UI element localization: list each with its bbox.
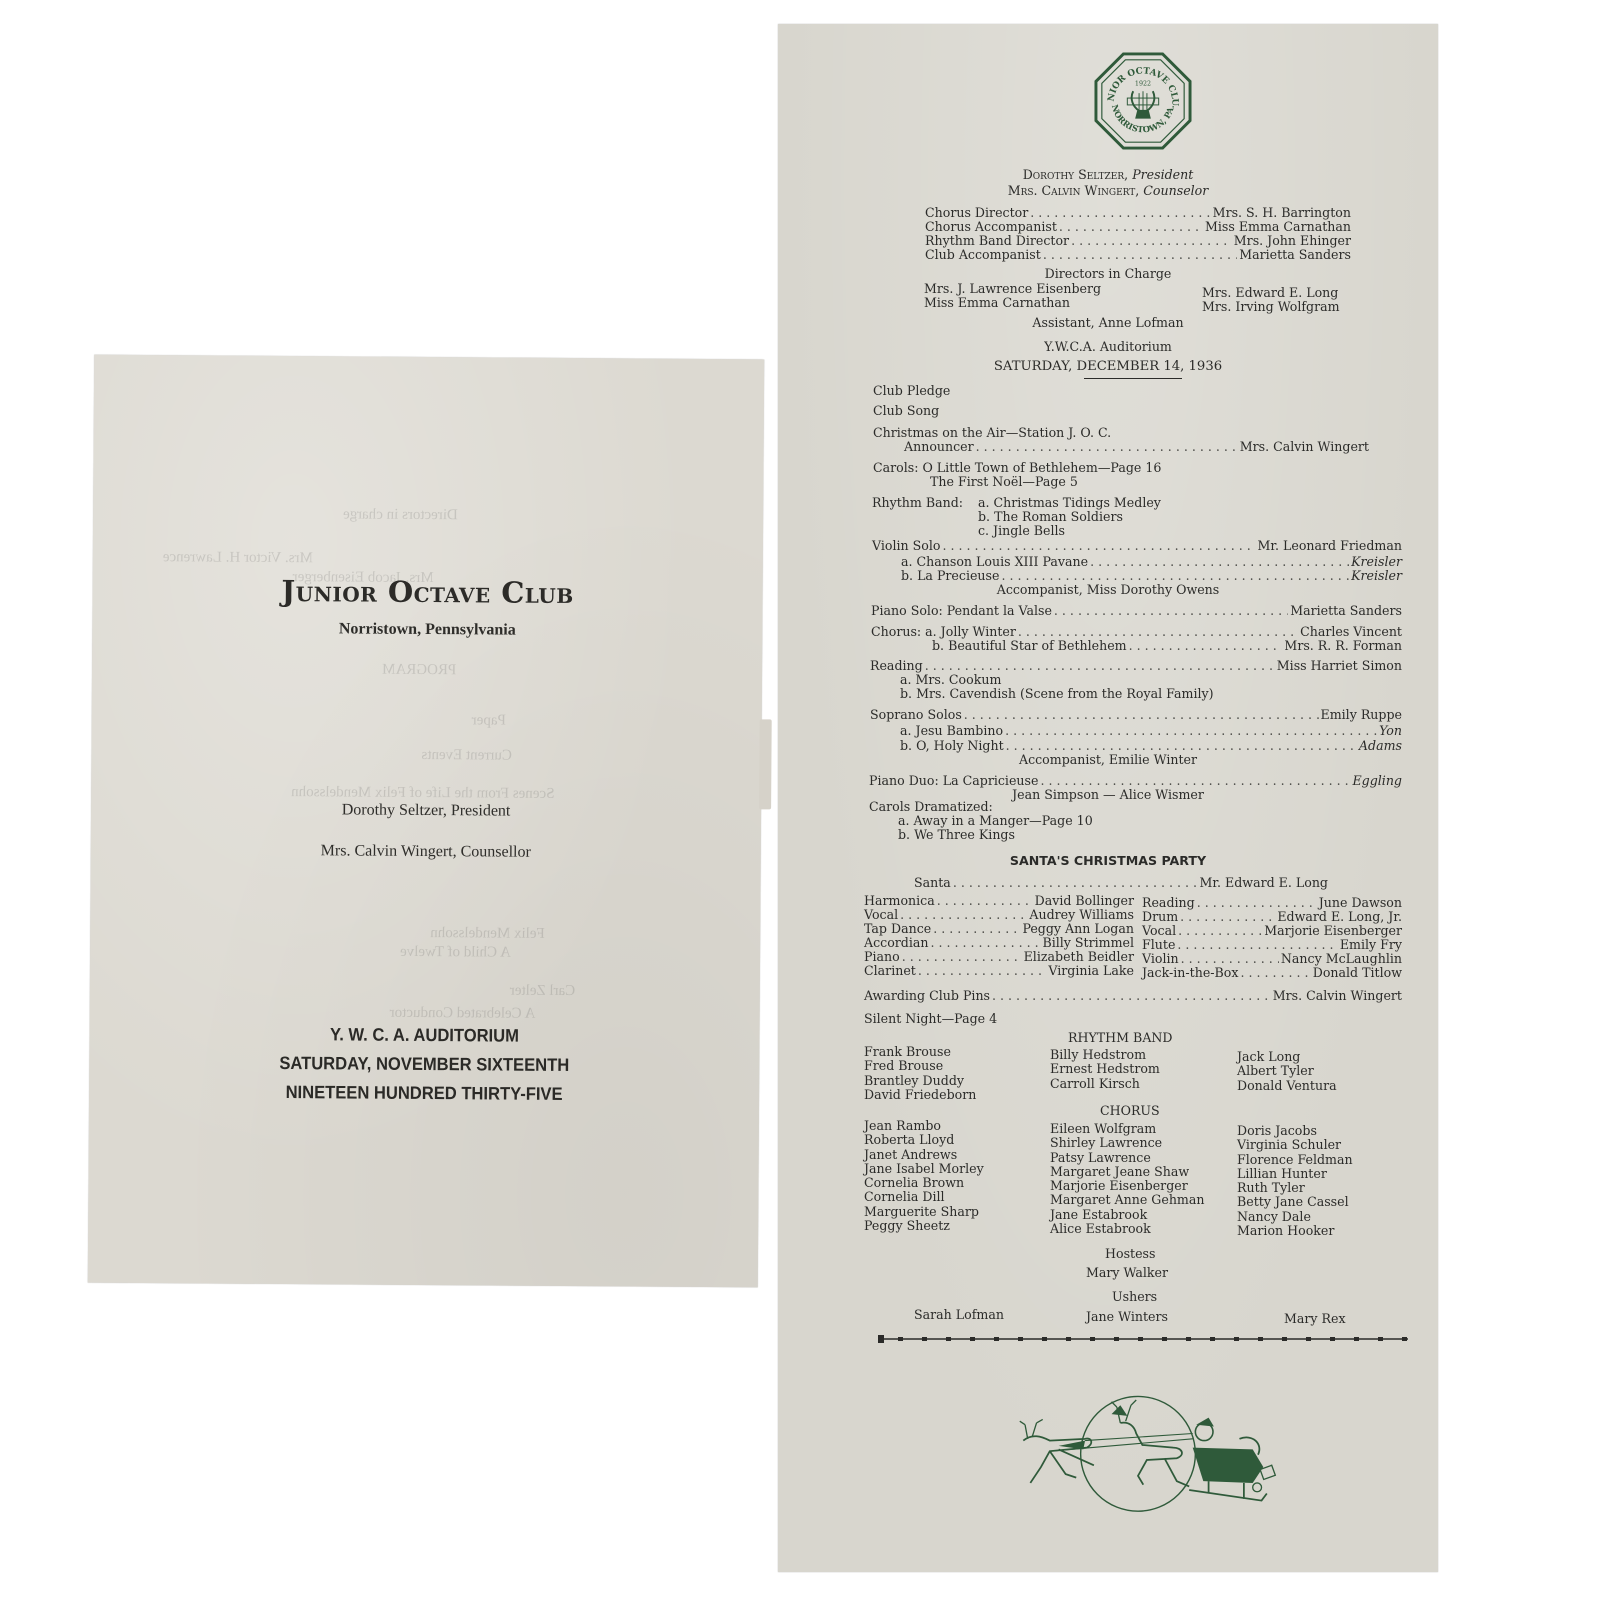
show-through-text: A Child of Twelve <box>400 944 511 962</box>
roster-name: Ernest Hedstrom <box>1050 1062 1160 1076</box>
roster-name: Cornelia Dill <box>864 1190 984 1204</box>
roster-name: Albert Tyler <box>1237 1064 1337 1078</box>
show-through-text: Scenes From the Life of Felix Mendelssoh… <box>291 784 554 803</box>
program-row: AnnouncerMrs. Calvin Wingert <box>904 440 1369 454</box>
program-item: c. Jingle Bells <box>978 524 1065 538</box>
program-row: Piano Solo: Pendant la ValseMarietta San… <box>871 604 1402 618</box>
program-row: ReadingMiss Harriet Simon <box>870 659 1402 673</box>
date-line: SATURDAY, NOVEMBER SIXTEENTH <box>116 1052 733 1077</box>
program-row: b. La PrecieuseKreisler <box>901 569 1402 583</box>
act-label: Vocal <box>864 908 898 922</box>
party-act-row: PianoElizabeth Beidler <box>864 950 1134 964</box>
act-label: Harmonica <box>864 894 935 908</box>
show-through-text: Paper <box>472 712 506 729</box>
usher-name: Sarah Lofman <box>914 1308 1004 1322</box>
roster-name: Patsy Lawrence <box>1050 1151 1205 1165</box>
roster-name: Ruth Tyler <box>1237 1181 1353 1195</box>
director-name: Mrs. J. Lawrence Eisenberg <box>924 282 1101 296</box>
counselor-line: Mrs. Calvin Wingert, Counselor <box>778 184 1438 198</box>
roster-name: Alice Estabrook <box>1050 1222 1205 1236</box>
performer-name: Peggy Ann Logan <box>1022 922 1134 936</box>
chorus-col-1: Jean RamboRoberta LloydJanet AndrewsJane… <box>864 1119 984 1233</box>
show-through-text: Carl Zelter <box>510 983 576 1000</box>
usher-name: Mary Rex <box>1284 1312 1346 1326</box>
club-title: Junior Octave Club <box>92 573 762 612</box>
party-act-row: ViolinNancy McLaughlin <box>1142 952 1402 966</box>
act-label: Reading <box>1142 896 1195 910</box>
roster-name: Margaret Anne Gehman <box>1050 1193 1205 1207</box>
program-item: Carols: O Little Town of Bethlehem—Page … <box>873 461 1161 475</box>
roster-name: Jane Estabrook <box>1050 1208 1205 1222</box>
roster-name: Marguerite Sharp <box>864 1205 984 1219</box>
roster-name: Marion Hooker <box>1237 1224 1353 1238</box>
chorus-col-3: Doris JacobsVirginia SchulerFlorence Fel… <box>1237 1124 1353 1238</box>
staff-row: Chorus AccompanistMiss Emma Carnathan <box>925 220 1351 234</box>
performer-name: Nancy McLaughlin <box>1281 952 1402 966</box>
staff-row: Chorus DirectorMrs. S. H. Barrington <box>925 206 1351 220</box>
program-row: Violin SoloMr. Leonard Friedman <box>872 539 1402 553</box>
party-row: Awarding Club PinsMrs. Calvin Wingert <box>864 989 1402 1003</box>
program-item: The First Noël—Page 5 <box>930 475 1078 489</box>
party-act-row: Tap DancePeggy Ann Logan <box>864 922 1134 936</box>
roster-name: Shirley Lawrence <box>1050 1136 1205 1150</box>
act-label: Flute <box>1142 938 1175 952</box>
roster-name: Virginia Schuler <box>1237 1138 1353 1152</box>
directors-heading: Directors in Charge <box>778 267 1438 281</box>
rhythm-band-col-3: Jack LongAlbert TylerDonald Ventura <box>1237 1050 1337 1093</box>
program-item: b. We Three Kings <box>898 828 1015 842</box>
performer-name: Virginia Lake <box>1048 964 1134 978</box>
roster-name: Nancy Dale <box>1237 1210 1353 1224</box>
program-row: Soprano SolosEmily Ruppe <box>870 708 1402 722</box>
ornamental-divider-icon <box>878 1334 1408 1344</box>
act-label: Violin <box>1142 952 1179 966</box>
performer-name: Donald Titlow <box>1313 966 1402 980</box>
roster-name: Eileen Wolfgram <box>1050 1122 1205 1136</box>
performer-name: Edward E. Long, Jr. <box>1277 910 1402 924</box>
venue-line: Y.W.C.A. Auditorium <box>778 340 1438 354</box>
program-item: Christmas on the Air—Station J. O. C. <box>873 426 1111 440</box>
party-act-row: DrumEdward E. Long, Jr. <box>1142 910 1402 924</box>
roster-name: Betty Jane Cassel <box>1237 1195 1353 1209</box>
party-act-row: ClarinetVirginia Lake <box>864 964 1134 978</box>
director-name: Mrs. Irving Wolfgram <box>1202 300 1340 314</box>
program-item: Club Pledge <box>873 384 950 398</box>
roster-name: Brantley Duddy <box>864 1074 976 1088</box>
roster-name: Lillian Hunter <box>1237 1167 1353 1181</box>
performer-name: Marjorie Eisenberger <box>1264 924 1402 938</box>
party-heading: SANTA'S CHRISTMAS PARTY <box>778 854 1438 868</box>
roster-name: Doris Jacobs <box>1237 1124 1353 1138</box>
paper-tab <box>759 719 772 809</box>
program-row: Piano Duo: La CapricieuseEggling <box>869 774 1402 788</box>
show-through-text: Mrs. Victor H. Lawrence <box>163 549 313 567</box>
roster-name: Jane Isabel Morley <box>864 1162 984 1176</box>
roster-name: Roberta Lloyd <box>864 1133 984 1147</box>
rhythm-band-col-1: Frank BrouseFred BrouseBrantley DuddyDav… <box>864 1045 976 1102</box>
date-line: SATURDAY, DECEMBER 14, 1936 <box>778 360 1438 374</box>
left-program-sheet: Directors in charge Mrs. Victor H. Lawre… <box>88 355 764 1288</box>
program-item: Carols Dramatized: <box>869 800 993 814</box>
roster-name: Frank Brouse <box>864 1045 976 1059</box>
chorus-col-2: Eileen WolfgramShirley LawrencePatsy Law… <box>1050 1122 1205 1236</box>
director-name: Miss Emma Carnathan <box>924 296 1070 310</box>
roster-name: Carroll Kirsch <box>1050 1077 1160 1091</box>
show-through-text: A Celebrated Conductor <box>390 1005 536 1023</box>
rhythm-band-col-2: Billy HedstromErnest HedstromCarroll Kir… <box>1050 1048 1160 1091</box>
party-act-row: VocalAudrey Williams <box>864 908 1134 922</box>
act-label: Jack-in-the-Box <box>1142 966 1239 980</box>
act-label: Drum <box>1142 910 1178 924</box>
roster-name: Margaret Jeane Shaw <box>1050 1165 1205 1179</box>
party-act-row: HarmonicaDavid Bollinger <box>864 894 1134 908</box>
program-item: a. Mrs. Cookum <box>900 673 1001 687</box>
party-row: SantaMr. Edward E. Long <box>914 876 1328 890</box>
roster-name: Jack Long <box>1237 1050 1337 1064</box>
program-row: a. Jesu BambinoYon <box>900 724 1402 738</box>
roster-name: Peggy Sheetz <box>864 1219 984 1233</box>
staff-row: Rhythm Band DirectorMrs. John Ehinger <box>925 234 1351 248</box>
program-item: Accompanist, Miss Dorothy Owens <box>778 583 1438 597</box>
party-act-row: ReadingJune Dawson <box>1142 896 1402 910</box>
program-item: Rhythm Band: <box>872 496 963 510</box>
roster-name: Janet Andrews <box>864 1148 984 1162</box>
program-row: a. Chanson Louis XIII PavaneKreisler <box>901 555 1402 569</box>
director-name: Mrs. Edward E. Long <box>1202 286 1338 300</box>
year-line: NINETEEN HUNDRED THIRTY-FIVE <box>116 1081 733 1106</box>
santa-sleigh-reindeer-icon <box>988 1370 1288 1520</box>
performer-name: David Bollinger <box>1035 894 1134 908</box>
hostess-heading: Hostess <box>1105 1247 1155 1261</box>
club-seal-icon: JUNIOR OCTAVE CLUB NORRISTOWN, PA. 1922 <box>1094 52 1192 150</box>
party-act-row: FluteEmily Fry <box>1142 938 1402 952</box>
svg-text:1922: 1922 <box>1135 79 1151 87</box>
party-act-row: AccordianBilly Strimmel <box>864 936 1134 950</box>
performer-name: Billy Strimmel <box>1042 936 1134 950</box>
party-act-row: VocalMarjorie Eisenberger <box>1142 924 1402 938</box>
roster-name: Jean Rambo <box>864 1119 984 1133</box>
roster-name: David Friedeborn <box>864 1088 976 1102</box>
show-through-text: Felix Mendelssohn <box>430 925 545 943</box>
party-act-row: Jack-in-the-BoxDonald Titlow <box>1142 966 1402 980</box>
roster-name: Marjorie Eisenberger <box>1050 1179 1205 1193</box>
program-item: a. Away in a Manger—Page 10 <box>898 814 1093 828</box>
president-line: Dorothy Seltzer, President <box>778 168 1438 182</box>
program-row: b. O, Holy NightAdams <box>900 739 1402 753</box>
show-through-text: PROGRAM <box>382 662 456 680</box>
program-row: b. Beautiful Star of BethlehemMrs. R. R.… <box>932 639 1402 653</box>
rhythm-band-heading: RHYTHM BAND <box>1068 1031 1173 1045</box>
program-item: Accompanist, Emilie Winter <box>778 753 1438 767</box>
president-line: Dorothy Seltzer, President <box>91 800 761 823</box>
show-through-text: Current Events <box>421 747 512 765</box>
club-city: Norristown, Pennsylvania <box>92 619 762 642</box>
roster-name: Fred Brouse <box>864 1059 976 1073</box>
performer-name: Emily Fry <box>1340 938 1402 952</box>
performer-name: June Dawson <box>1319 896 1402 910</box>
program-row: Chorus: a. Jolly WinterCharles Vincent <box>871 625 1402 639</box>
program-item: Club Song <box>873 404 939 418</box>
program-item: Silent Night—Page 4 <box>864 1012 997 1026</box>
roster-name: Billy Hedstrom <box>1050 1048 1160 1062</box>
staff-row: Club AccompanistMarietta Sanders <box>925 248 1351 262</box>
program-item: b. The Roman Soldiers <box>978 510 1123 524</box>
act-label: Tap Dance <box>864 922 931 936</box>
ushers-heading: Ushers <box>1112 1290 1157 1304</box>
performer-name: Audrey Williams <box>1029 908 1134 922</box>
act-label: Piano <box>864 950 900 964</box>
right-program-sheet: JUNIOR OCTAVE CLUB NORRISTOWN, PA. 1922 … <box>778 24 1438 1572</box>
show-through-text: Directors in charge <box>343 506 458 524</box>
roster-name: Cornelia Brown <box>864 1176 984 1190</box>
performer-name: Elizabeth Beidler <box>1024 950 1134 964</box>
usher-name: Jane Winters <box>1086 1310 1168 1324</box>
venue-line: Y. W. C. A. AUDITORIUM <box>116 1023 733 1048</box>
program-item: a. Christmas Tidings Medley <box>978 496 1161 510</box>
act-label: Accordian <box>864 936 929 950</box>
chorus-heading: CHORUS <box>1100 1104 1160 1118</box>
roster-name: Florence Feldman <box>1237 1153 1353 1167</box>
counsellor-line: Mrs. Calvin Wingert, Counsellor <box>91 841 761 864</box>
act-label: Vocal <box>1142 924 1176 938</box>
divider <box>1084 378 1182 379</box>
roster-name: Donald Ventura <box>1237 1079 1337 1093</box>
hostess-name: Mary Walker <box>1086 1266 1168 1280</box>
act-label: Clarinet <box>864 964 916 978</box>
program-item: b. Mrs. Cavendish (Scene from the Royal … <box>900 687 1214 701</box>
assistant-line: Assistant, Anne Lofman <box>778 316 1438 330</box>
